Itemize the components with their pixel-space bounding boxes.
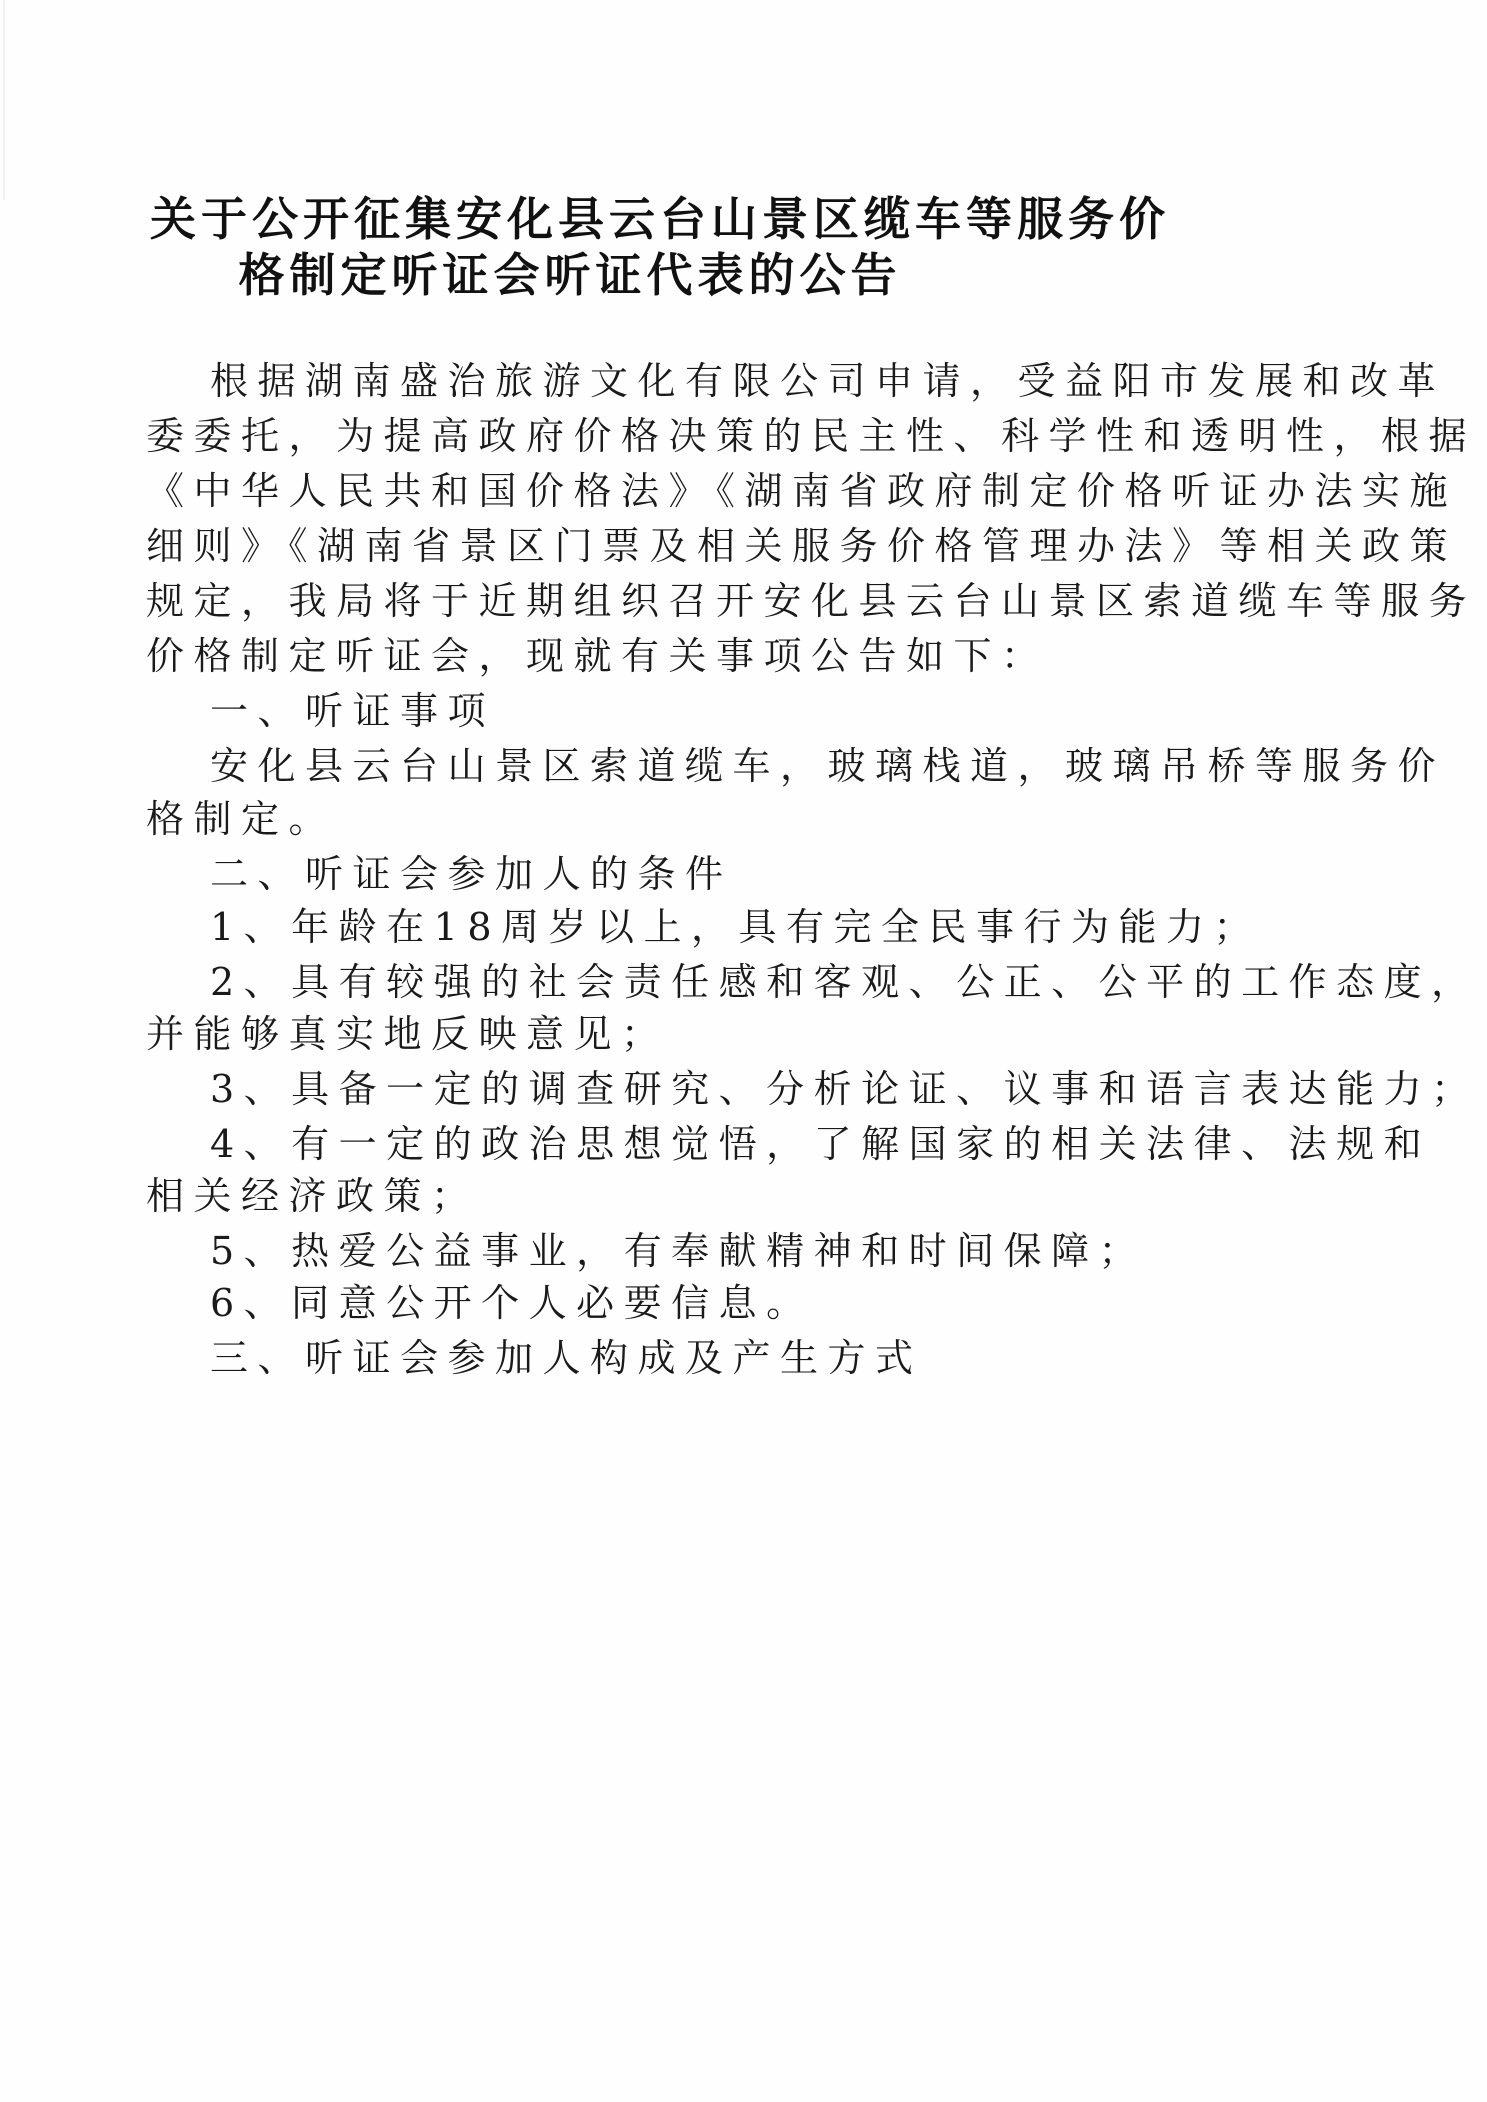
condition-item-3: 3、具备一定的调查研究、分析论证、议事和语言表达能力； xyxy=(210,1070,1479,1108)
intro-paragraph-line: 价格制定听证会，现就有关事项公告如下： xyxy=(146,637,1049,675)
intro-paragraph-line: 《中华人民共和国价格法》《湖南省政府制定价格听证办法实施 xyxy=(146,472,1457,510)
section-1-heading: 一、听证事项 xyxy=(210,692,495,730)
condition-item-4-continued: 相关经济政策； xyxy=(146,1177,479,1215)
document-page: 关于公开征集安化县云台山景区缆车等服务价 格制定听证会听证代表的公告 根据湖南盛… xyxy=(0,0,1487,2102)
document-title-line-1: 关于公开征集安化县云台山景区缆车等服务价 xyxy=(150,196,990,242)
condition-item-6: 6、同意公开个人必要信息。 xyxy=(210,1284,814,1322)
section-1-body-line: 安化县云台山景区索道缆车，玻璃栈道，玻璃吊桥等服务价 xyxy=(210,747,1445,785)
document-title-line-2: 格制定听证会听证代表的公告 xyxy=(150,252,990,298)
intro-paragraph-line: 规定，我局将于近期组织召开安化县云台山景区索道缆车等服务 xyxy=(146,582,1476,620)
section-1-body-line: 格制定。 xyxy=(146,800,336,838)
condition-item-4: 4、有一定的政治思想觉悟，了解国家的相关法律、法规和 xyxy=(210,1125,1431,1163)
intro-paragraph-line: 细则》《湖南省景区门票及相关服务价格管理办法》等相关政策 xyxy=(146,527,1457,565)
section-2-heading: 二、听证会参加人的条件 xyxy=(210,855,733,893)
scan-edge-artifact xyxy=(3,0,5,200)
condition-item-1: 1、年龄在18周岁以上，具有完全民事行为能力； xyxy=(210,908,1261,946)
section-3-heading: 三、听证会参加人构成及产生方式 xyxy=(210,1339,923,1377)
intro-paragraph-line: 委委托，为提高政府价格决策的民主性、科学性和透明性，根据 xyxy=(146,417,1476,455)
intro-paragraph-line: 根据湖南盛治旅游文化有限公司申请，受益阳市发展和改革 xyxy=(210,362,1445,400)
condition-item-5: 5、热爱公益事业，有奉献精神和时间保障； xyxy=(210,1232,1146,1270)
condition-item-2-continued: 并能够真实地反映意见； xyxy=(146,1015,669,1053)
condition-item-2: 2、具有较强的社会责任感和客观、公正、公平的工作态度， xyxy=(210,963,1479,1001)
